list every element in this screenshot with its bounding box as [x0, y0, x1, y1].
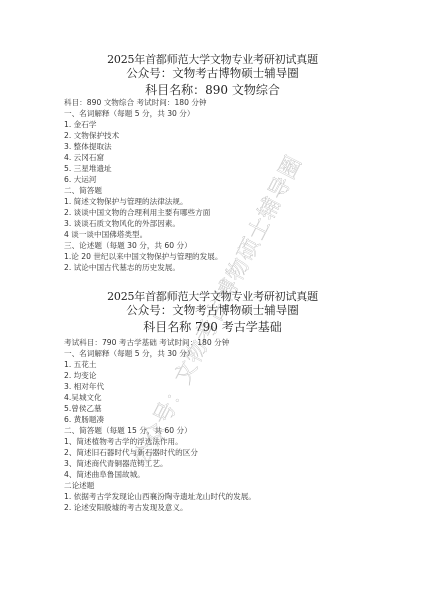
- exam1-line: 5. 三星堆遗址: [64, 164, 112, 174]
- exam1-line: 4 谈一谈中国佛塔类型。: [64, 230, 147, 240]
- exam1-line: 6. 大运河: [64, 175, 96, 185]
- exam2-line: 二论述题: [64, 481, 94, 491]
- exam1-line: 一、名词解释（每题 5 分，共 30 分）: [64, 109, 194, 119]
- exam1-line: 科目：890 文物综合 考试时间：180 分钟: [64, 98, 207, 108]
- exam2-line: 4.吴城文化: [64, 393, 102, 403]
- exam2-line: 2. 论述安阳殷墟的考古发现及意义。: [64, 503, 188, 513]
- exam2-line: 4、简述曲阜鲁国故城。: [64, 470, 145, 480]
- document-page: 2025年首都师范大学文物专业考研初试真题 公众号：文物考古博物硕士辅导圈 科目…: [0, 0, 425, 600]
- exam2-line: 1. 依据考古学发现论山西襄汾陶寺遗址龙山时代的发展。: [64, 492, 256, 502]
- exam1-line: 1. 简述文物保护与管理的法律法规。: [64, 197, 188, 207]
- exam2-line: 5.曾侯乙墓: [64, 404, 102, 414]
- exam2-line: 1. 五花土: [64, 360, 96, 370]
- exam1-line: 二、简答题: [64, 186, 102, 196]
- exam1-line: 三、论述题（每题 30 分，共 60 分）: [64, 241, 192, 251]
- exam1-subject: 科目名称：890 文物综合: [0, 81, 425, 98]
- exam1-line: 1. 金石学: [64, 120, 96, 130]
- exam1-line: 1.论 20 世纪以来中国文物保护与管理的发展。: [64, 252, 222, 262]
- exam1-line: 2. 文物保护技术: [64, 131, 119, 141]
- exam1-subtitle: 公众号：文物考古博物硕士辅导圈: [0, 65, 425, 81]
- exam1-line: 2. 试论中国古代墓志的历史发展。: [64, 263, 180, 273]
- exam1-line: 4. 云冈石窟: [64, 153, 104, 163]
- exam2-line: 6. 黄肠题凑: [64, 415, 104, 425]
- exam2-line: 3. 相对年代: [64, 382, 104, 392]
- exam1-line: 3. 谈谈石质文物风化的外部因素。: [64, 219, 180, 229]
- exam1-line: 2. 谈谈中国文物的合理利用主要有哪些方面: [64, 208, 210, 218]
- exam1-line: 3. 整体提取法: [64, 142, 112, 152]
- exam2-line: 2. 均变论: [64, 371, 96, 381]
